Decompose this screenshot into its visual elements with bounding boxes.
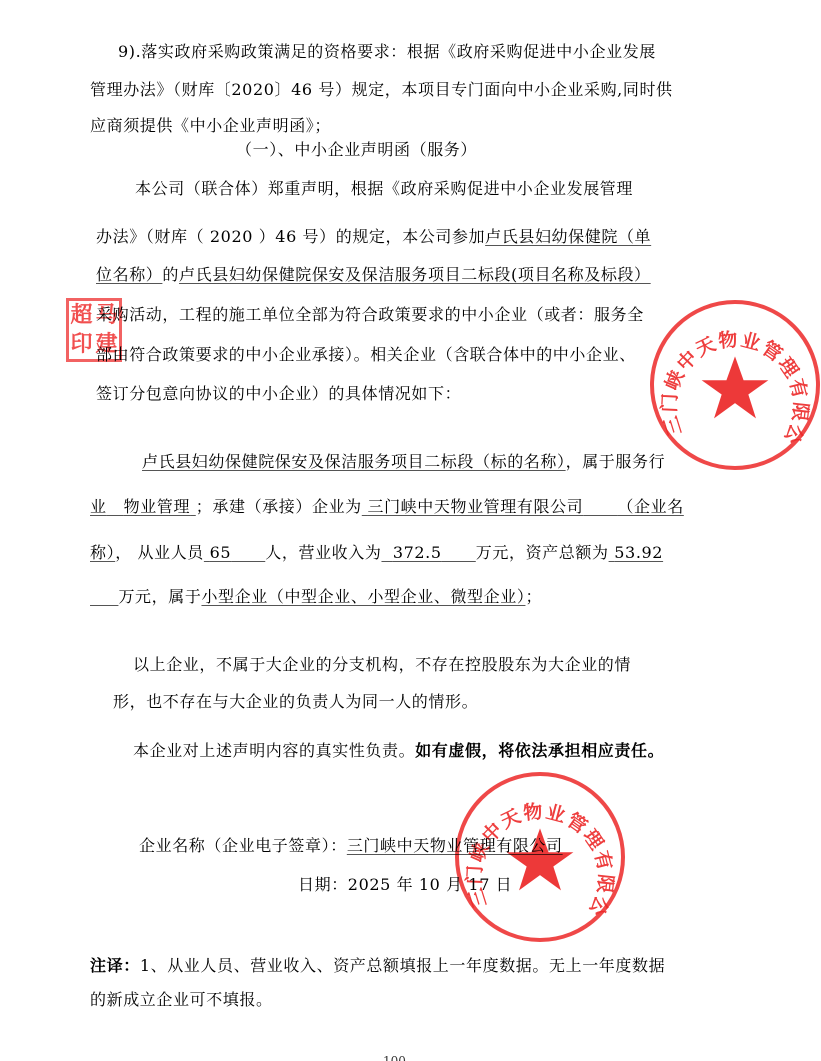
details-end: ； [525, 587, 542, 606]
assets-value: 53.92 [614, 543, 663, 562]
declaration-line-3: 位名称）的卢氏县妇幼保健院保安及保洁服务项目二标段(项目名称及标段） [96, 265, 651, 285]
contractor-field: 三门峡中天物业管理有限公司 （企业名 [362, 497, 684, 516]
details-line-3: 称）， 从业人员 65 人，营业收入为 372.5 万元，资产总额为 53.92 [90, 543, 663, 563]
statement-text: 本企业对上述声明内容的真实性负责。 [133, 741, 415, 760]
assets-unit: 万元，属于 [118, 587, 201, 606]
subject-name-field: 卢氏县妇幼保健院保安及保洁服务项目二标段（标的名称） [142, 452, 566, 471]
page-number: 100 [383, 1054, 406, 1061]
details-line-1: 卢氏县妇幼保健院保安及保洁服务项目二标段（标的名称），属于服务行 [90, 452, 665, 472]
industry-field: 物业管理 [107, 497, 196, 516]
purchaser-name-field: 卢氏县妇幼保健院（单 [485, 227, 651, 246]
employees-field: 65 [204, 543, 265, 562]
revenue-value: 372.5 [393, 543, 442, 562]
note-line-1: 注译：1、从业人员、营业收入、资产总额填报上一年度数据。无上一年度数据 [90, 956, 665, 976]
note-label: 注译： [90, 956, 140, 975]
seal-char: 建 [94, 330, 119, 359]
declaration-text: 的 [162, 265, 179, 284]
enterprise-type-field: 小型企业（中型企业、小型企业、微型企业） [201, 587, 525, 606]
contractor-value: 三门峡中天物业管理有限公司 [367, 497, 583, 516]
declaration-line-5: 部由符合政策要求的中小企业承接）。相关企业（含联合体中的中小企业、 [96, 345, 636, 365]
revenue-field: 372.5 [381, 543, 475, 562]
details-text: ；承建（承接）企业为 [196, 497, 362, 516]
policy-clause-line-1: 9).落实政府采购政策满足的资格要求：根据《政府采购促进中小企业发展 [118, 42, 656, 62]
declaration-text: 办法》（财库（ 2020 ）46 号）的规定，本公司参加 [96, 227, 485, 246]
statement-line-1: 以上企业，不属于大企业的分支机构，不存在控股股东为大企业的情 [133, 655, 631, 675]
employees-label: ， 从业人员 [115, 543, 204, 562]
company-seal-bottom: 三门峡中天物业管理有限公司 [455, 772, 625, 942]
svg-text:三门峡中天物业管理有限公司: 三门峡中天物业管理有限公司 [644, 287, 813, 449]
statement-bold-text: 如有虚假，将依法承担相应责任。 [415, 741, 664, 760]
assets-field: 53.92 [609, 543, 664, 562]
contractor-suffix-cont: 称） [90, 543, 115, 562]
note-text: 1、从业人员、营业收入、资产总额填报上一年度数据。无上一年度数据 [140, 956, 665, 975]
section-title: （一）、中小企业声明函（服务） [236, 140, 477, 160]
company-seal-top: 三门峡中天物业管理有限公司 [650, 300, 820, 470]
seal-char: 马 [94, 301, 119, 330]
seal-star-icon: 三门峡中天物业管理有限公司 [654, 304, 816, 466]
declaration-line-2: 办法》（财库（ 2020 ）46 号）的规定，本公司参加卢氏县妇幼保健院（单 [96, 227, 651, 247]
policy-clause-line-3: 应商须提供《中小企业声明函》； [90, 116, 331, 136]
note-line-2: 的新成立企业可不填报。 [90, 990, 273, 1010]
declaration-line-6: 签订分包意向协议的中小企业）的具体情况如下： [96, 384, 461, 404]
policy-clause-line-2: 管理办法》（财库〔2020〕46 号）规定，本项目专门面向中小企业采购,同时供 [90, 80, 673, 100]
seal-char: 印 [69, 330, 94, 359]
details-line-2: 业 物业管理 ；承建（承接）企业为 三门峡中天物业管理有限公司 （企业名 [90, 497, 684, 517]
employees-unit: 人，营业收入为 [265, 543, 381, 562]
declaration-line-1: 本公司（联合体）郑重声明，根据《政府采购促进中小企业发展管理 [135, 179, 633, 199]
statement-line-3: 本企业对上述声明内容的真实性负责。如有虚假，将依法承担相应责任。 [133, 741, 664, 761]
industry-label: 业 [90, 497, 107, 516]
personal-seal: 超 马 印 建 [66, 298, 122, 362]
statement-line-2: 形，也不存在与大企业的负责人为同一人的情形。 [113, 692, 478, 712]
svg-text:三门峡中天物业管理有限公司: 三门峡中天物业管理有限公司 [449, 759, 618, 921]
employees-value: 65 [210, 543, 232, 562]
signature-label: 企业名称（企业电子签章）： [139, 836, 347, 855]
revenue-unit: 万元，资产总额为 [476, 543, 609, 562]
seal-star-icon: 三门峡中天物业管理有限公司 [459, 776, 621, 938]
declaration-line-4: 采购活动，工程的施工单位全部为符合政策要求的中小企业（或者：服务全 [96, 305, 644, 325]
project-name-field: 卢氏县妇幼保健院保安及保洁服务项目二标段(项目名称及标段） [179, 265, 651, 284]
assets-field-cont [90, 587, 118, 606]
industry-value: 物业管理 [124, 497, 190, 516]
details-line-4: 万元，属于小型企业（中型企业、小型企业、微型企业）； [90, 587, 542, 607]
seal-char: 超 [69, 301, 94, 330]
contractor-suffix: （企业名 [617, 497, 683, 516]
purchaser-name-field-cont: 位名称） [96, 265, 162, 284]
details-text: ，属于服务行 [566, 452, 666, 471]
